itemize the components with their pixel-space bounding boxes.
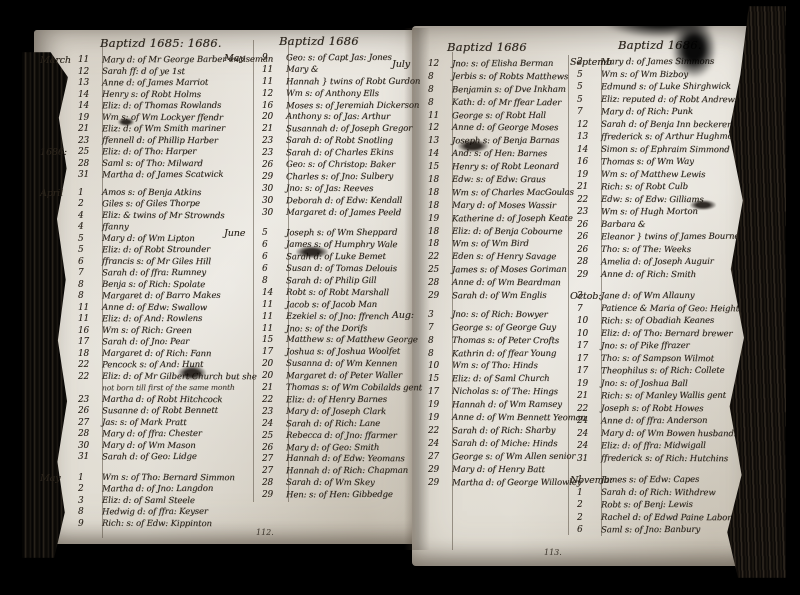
entry-date: 30: [260, 184, 286, 196]
entry-date: 11: [426, 111, 452, 124]
month-spacer: [570, 304, 575, 317]
entry-date: 7: [575, 304, 601, 317]
entry-text: Eliz: d: of ffra: Midwigall: [601, 441, 745, 454]
entry-date: 22: [260, 395, 286, 407]
entry-text: Tho: s: of The: Weeks: [601, 244, 745, 257]
entry-date: 30: [260, 208, 286, 220]
entry-text: Thomas s: of Wm Way: [601, 157, 745, 170]
entry-date: 22: [575, 404, 601, 417]
register-entry: 23ffennell d: of Phillip Harber: [40, 136, 250, 148]
month-spacer: [570, 391, 575, 404]
month-spacer: [40, 496, 76, 508]
entry-date: 26: [76, 406, 102, 418]
entry-text: James s: of Edw: Capes: [601, 475, 745, 488]
entry-date: 10: [575, 316, 601, 329]
entry-date: [76, 383, 102, 395]
month-spacer: [392, 175, 426, 188]
month-spacer: [40, 280, 76, 292]
month-spacer: [40, 170, 76, 182]
month-spacer: [40, 101, 76, 113]
entry-text: Theophilus s: of Rich: Collete: [601, 366, 745, 379]
month-spacer: [392, 349, 426, 362]
entry-text: Jno: s: of Rich: Bowyer: [452, 310, 577, 323]
month-spacer: [570, 182, 575, 195]
entry-date: 5: [76, 234, 102, 246]
entry-date: 23: [260, 136, 286, 148]
month-spacer: [224, 443, 260, 455]
register-entry: 1686:25Eliz: d: of Tho: Harper: [40, 147, 250, 159]
month-spacer: [40, 452, 76, 464]
month-spacer: [392, 136, 426, 149]
month-label: March: [40, 55, 76, 67]
entry-date: 26: [575, 220, 601, 233]
entry-date: 22: [426, 252, 452, 265]
entry-date: 29: [260, 490, 286, 502]
month-spacer: [570, 379, 575, 392]
register-entry: 3Eliz: d: of Saml Steele: [40, 496, 250, 508]
register-entry: 30Mary d: of Wm Mason: [40, 441, 250, 453]
month-spacer: [392, 361, 426, 374]
register-entry: 18Eliz: d: of Benja Cobourne: [392, 227, 577, 240]
entry-date: 8: [426, 98, 452, 111]
entry-date: 14: [575, 145, 601, 158]
entry-date: 8: [426, 85, 452, 98]
register-entry: Octob:3Jane d: of Wm Allauny: [570, 291, 745, 304]
entry-date: 4: [76, 222, 102, 234]
entry-date: 9: [260, 53, 286, 65]
register-entry: 8Benjamin s: of Dve Inkham: [392, 85, 577, 98]
entry-date: 2: [575, 513, 601, 526]
entry-date: 25: [426, 265, 452, 278]
entry-date: 18: [426, 239, 452, 252]
entry-text: Eliz: d: of Benja Cobourne: [452, 226, 577, 239]
register-entry: 7Patience & Maria of Geo: Height: [570, 304, 745, 317]
entry-date: 19: [426, 400, 452, 413]
register-entry: 17Tho: s: of Sampson Wilmot: [570, 354, 745, 367]
entry-text: Edw: s: of Edw: Graus: [452, 175, 577, 188]
entry-date: 18: [426, 175, 452, 188]
month-label: Octob:: [570, 291, 575, 304]
entry-date: 11: [260, 65, 286, 77]
month-spacer: [570, 454, 575, 467]
entry-date: 5: [260, 228, 286, 240]
entry-date: 7: [426, 323, 452, 336]
month-spacer: [570, 132, 575, 145]
entry-date: 11: [260, 300, 286, 312]
entry-date: 19: [575, 170, 601, 183]
entry-date: 18: [426, 201, 452, 214]
month-spacer: [40, 257, 76, 269]
month-spacer: [224, 454, 260, 466]
month-spacer: [570, 195, 575, 208]
register-entry: 8Margaret d: of Barro Makes: [40, 291, 250, 303]
month-spacer: [570, 145, 575, 158]
entry-text: ffrederick s: of Rich: Hutchins: [601, 453, 745, 466]
month-spacer: [40, 199, 76, 211]
register-entry: 6ffrancis s: of Mr Giles Hill: [40, 257, 250, 269]
month-spacer: [392, 387, 426, 400]
month-spacer: [570, 341, 575, 354]
entry-date: 10: [426, 361, 452, 374]
entry-text: Mary d: of Henry Batt: [452, 464, 577, 477]
register-entry: 14Simon s: of Ephraim Simmond: [570, 145, 745, 158]
month-spacer: [224, 312, 260, 324]
register-column-july-aug: Baptizd 1686 July12Jno: s: of Elisha Ber…: [392, 40, 577, 490]
register-entry: 29Anne d: of Rich: Smith: [570, 270, 745, 283]
scan-dark-blemish: [560, 0, 630, 16]
entry-date: 8: [76, 507, 102, 519]
entry-date: 31: [575, 454, 601, 467]
month-spacer: [224, 240, 260, 252]
month-spacer: [570, 157, 575, 170]
month-spacer: [40, 383, 76, 395]
entry-date: 22: [426, 426, 452, 439]
entry-text: Anne d: of Wm Bennett Yeoman: [452, 413, 586, 426]
month-spacer: [224, 300, 260, 312]
entry-date: 18: [426, 188, 452, 201]
register-entry: 10Wm s: of Tho: Hinds: [392, 361, 577, 374]
month-spacer: [392, 252, 426, 265]
month-spacer: [392, 227, 426, 240]
entry-date: 6: [260, 240, 286, 252]
entry-date: 28: [426, 278, 452, 291]
entry-date: 20: [260, 359, 286, 371]
entry-date: 18: [426, 227, 452, 240]
month-spacer: [40, 211, 76, 223]
month-spacer: [570, 525, 575, 538]
register-entry: 5Eliz: reputed d: of Robt Andrews: [570, 95, 745, 108]
entry-date: 17: [426, 387, 452, 400]
entry-date: 5: [76, 245, 102, 257]
register-entry: 27George s: of Wm Allen senior: [392, 452, 577, 465]
entry-date: 1: [575, 488, 601, 501]
register-entry: 14Henry s: of Robt Holms: [40, 90, 250, 102]
entry-date: 31: [76, 170, 102, 182]
month-spacer: [40, 67, 76, 79]
register-entry: 8Hedwig d: of ffra: Keyser: [40, 507, 250, 519]
register-entry: 18Margaret d: of Rich: Fann: [40, 349, 250, 361]
entry-date: 16: [260, 101, 286, 113]
entry-date: 17: [575, 366, 601, 379]
register-entry: 2Rachel d: of Edwd Paine Laborer: [570, 513, 745, 526]
month-spacer: [570, 416, 575, 429]
register-entry: 5Eliz: d: of Robt Strounder: [40, 245, 250, 257]
entry-date: 17: [575, 341, 601, 354]
entry-date: 10: [575, 329, 601, 342]
entry-date: 1: [76, 188, 102, 200]
entry-date: 15: [426, 374, 452, 387]
register-entry: 8Benja s: of Rich: Spolate: [40, 280, 250, 292]
register-entry: 16Thomas s: of Wm Way: [570, 157, 745, 170]
month-spacer: [224, 419, 260, 431]
register-entry: 28Mary d: of ffra: Chester: [40, 429, 250, 441]
entry-date: 6: [260, 252, 286, 264]
entry-date: 18: [76, 349, 102, 361]
register-entry: 17Theophilus s: of Rich: Collete: [570, 366, 745, 379]
month-spacer: [224, 252, 260, 264]
register-entry: 31ffrederick s: of Rich: Hutchins: [570, 454, 745, 467]
month-spacer: [570, 429, 575, 442]
entry-text: Sarah d: of Rich: Sharby: [452, 426, 577, 439]
month-label: Novemb:: [570, 475, 575, 488]
entry-text: Eliz: d: of Saml Church: [452, 374, 577, 387]
month-spacer: [392, 188, 426, 201]
entry-text: Simon s: of Ephraim Simmond: [601, 144, 745, 157]
entry-text: George s: of George Guy: [452, 323, 577, 336]
entry-text: Sarah d: of Benja Inn beckerer: [601, 119, 745, 132]
entry-date: 29: [575, 270, 601, 283]
register-entry: 29Hen: s: of Hen: Gibbedge: [224, 490, 429, 502]
entry-date: 8: [426, 72, 452, 85]
entry-date: 12: [426, 123, 452, 136]
month-spacer: [224, 347, 260, 359]
entry-date: 16: [76, 326, 102, 338]
month-spacer: [224, 112, 260, 124]
entry-text: Mary d: of Wm Bowen husbandman: [601, 428, 752, 441]
register-entry: Aug:3Jno: s: of Rich: Bowyer: [392, 310, 577, 323]
month-spacer: [40, 78, 76, 90]
register-entry: 5Mary d: of Wm Lipton: [40, 234, 250, 246]
month-spacer: [570, 257, 575, 270]
month-label: May: [40, 473, 76, 485]
register-entry: 24Mary d: of Wm Bowen husbandman: [570, 429, 745, 442]
entry-date: 20: [260, 112, 286, 124]
month-spacer: [570, 232, 575, 245]
entry-date: 7: [575, 107, 601, 120]
column-body: Septemb2Mary d: of James Simmons5Wm s: o…: [570, 57, 745, 538]
entry-text: Rich: s: of Manley Wallis gent: [601, 391, 745, 404]
month-spacer: [224, 407, 260, 419]
entry-date: 11: [260, 312, 286, 324]
entry-date: 7: [76, 268, 102, 280]
register-entry: 2Giles s: of Giles Thorpe: [40, 199, 250, 211]
month-spacer: [224, 395, 260, 407]
entry-text: Eliz: reputed d: of Robt Andrews: [601, 94, 745, 107]
entry-date: 30: [260, 196, 286, 208]
register-entry: 7Mary d: of Rich: Punk: [570, 107, 745, 120]
entry-date: 14: [76, 90, 102, 102]
entry-date: 23: [575, 207, 601, 220]
register-entry: 19Wm s: of Wm Lockyer ffendr: [40, 113, 250, 125]
entry-date: 17: [575, 354, 601, 367]
month-spacer: [570, 404, 575, 417]
entry-date: 27: [260, 454, 286, 466]
entry-text: Jno: s: of Elisha Berman: [452, 59, 577, 72]
entry-date: 25: [260, 431, 286, 443]
entry-text: Wm s: of Matthew Lewis: [601, 169, 745, 182]
entry-text: Sarah d: of Miche: Hinds: [452, 439, 577, 452]
entry-date: 14: [260, 288, 286, 300]
register-entry: 22Eden s: of Henry Savage: [392, 252, 577, 265]
month-spacer: [570, 207, 575, 220]
entry-text: Kathrin d: of ffear Young: [452, 348, 577, 361]
entry-date: 17: [76, 337, 102, 349]
month-spacer: [392, 214, 426, 227]
entry-date: 28: [575, 257, 601, 270]
entry-text: Edw: s: of Edw: Gilliams: [601, 194, 745, 207]
entry-text: Martha d: of George Willowley: [452, 477, 581, 490]
register-entry: 5Edmund s: of Luke Shirghwick: [570, 82, 745, 95]
register-entry: 26Tho: s: of The: Weeks: [570, 245, 745, 258]
entry-date: 14: [76, 101, 102, 113]
entry-date: 16: [575, 157, 601, 170]
entry-date: 11: [260, 324, 286, 336]
month-spacer: [392, 98, 426, 111]
month-spacer: [224, 371, 260, 383]
register-entry: 26Susanne d: of Robt Bennett: [40, 406, 250, 418]
month-spacer: [40, 337, 76, 349]
register-entry: 4ffanny: [40, 222, 250, 234]
page-number-right: 113.: [544, 548, 562, 557]
month-spacer: [392, 265, 426, 278]
month-spacer: [224, 184, 260, 196]
entry-date: 5: [575, 82, 601, 95]
register-entry: 24Eliz: d: of ffra: Midwigall: [570, 441, 745, 454]
register-scan: Baptizd 1685: 1686. March11Mary d: of Mr…: [0, 0, 800, 595]
month-spacer: [392, 111, 426, 124]
entry-date: 4: [76, 211, 102, 223]
month-label: Septemb: [570, 57, 575, 70]
entry-date: 6: [76, 257, 102, 269]
register-entry: 16Wm s: of Rich: Green: [40, 326, 250, 338]
entry-date: 23: [76, 395, 102, 407]
entry-text: Katherine d: of Joseph Keate: [452, 213, 577, 226]
month-spacer: [40, 519, 76, 531]
month-spacer: [392, 239, 426, 252]
register-entry: 29Mary d: of Henry Batt: [392, 465, 577, 478]
month-spacer: [224, 359, 260, 371]
register-entry: 11Eliz: d: of And: Rowlens: [40, 314, 250, 326]
entry-date: 20: [260, 371, 286, 383]
ink-blot: [690, 200, 716, 210]
entry-date: 27: [76, 418, 102, 430]
entry-date: 2: [76, 199, 102, 211]
month-spacer: [224, 77, 260, 89]
month-spacer: [392, 400, 426, 413]
ink-blot: [118, 118, 134, 126]
month-spacer: [224, 65, 260, 77]
register-entry: 12Sarah ff: d of ye 1st: [40, 67, 250, 79]
month-spacer: [570, 366, 575, 379]
entry-text: Kath: d: of Mr ffear Lader: [452, 97, 577, 110]
month-spacer: [392, 323, 426, 336]
entry-text: Mary d: of Moses Wassir: [452, 201, 577, 214]
month-spacer: [392, 465, 426, 478]
month-spacer: [570, 107, 575, 120]
entry-date: 5: [575, 95, 601, 108]
entry-text: Joseph s: of Robt Howes: [601, 403, 745, 416]
month-spacer: [570, 500, 575, 513]
entry-date: 28: [260, 478, 286, 490]
scan-dark-blemish: [672, 20, 716, 78]
month-spacer: [392, 278, 426, 291]
register-entry: July12Jno: s: of Elisha Berman: [392, 59, 577, 72]
entry-date: 29: [426, 465, 452, 478]
register-entry: 22Edw: s: of Edw: Gilliams: [570, 195, 745, 208]
month-spacer: [40, 441, 76, 453]
month-spacer: [224, 466, 260, 478]
month-spacer: [392, 452, 426, 465]
entry-date: 12: [260, 89, 286, 101]
entry-date: 26: [575, 245, 601, 258]
column-body: March11Mary d: of Mr George Barber excis…: [40, 55, 250, 530]
month-spacer: [224, 160, 260, 172]
month-spacer: [224, 89, 260, 101]
register-entry: 25James s: of Moses Goriman: [392, 265, 577, 278]
month-label: July: [392, 59, 426, 72]
entry-date: 2: [575, 500, 601, 513]
register-entry: 12Sarah d: of Benja Inn beckerer: [570, 120, 745, 133]
entry-text: Edmund s: of Luke Shirghwick: [601, 82, 745, 95]
register-entry: 7George s: of George Guy: [392, 323, 577, 336]
month-spacer: [392, 413, 426, 426]
register-entry: 22Sarah d: of Rich: Sharby: [392, 426, 577, 439]
ink-blot: [178, 366, 206, 380]
month-spacer: [40, 326, 76, 338]
month-spacer: [40, 124, 76, 136]
register-entry: 31Martha d: of James Scatwick: [40, 170, 250, 182]
entry-date: 8: [260, 276, 286, 288]
entry-date: 19: [575, 379, 601, 392]
month-spacer: [224, 196, 260, 208]
month-spacer: [40, 268, 76, 280]
month-spacer: [570, 220, 575, 233]
entry-text: Jno: s: of Joshua Ball: [601, 378, 745, 391]
register-entry: 21Eliz: d: of Wm Smith mariner: [40, 124, 250, 136]
month-spacer: [224, 136, 260, 148]
entry-date: 22: [76, 372, 102, 384]
month-spacer: [570, 513, 575, 526]
register-entry: 23Martha d: of Robt Hitchcock: [40, 395, 250, 407]
entry-text: Wm s: of Hugh Morton: [601, 207, 745, 220]
entry-text: Anne d: of Wm Beardman: [452, 278, 577, 291]
month-spacer: [392, 291, 426, 304]
month-spacer: [224, 490, 260, 502]
entry-text: Benjamin s: of Dve Inkham: [452, 85, 577, 98]
month-spacer: [224, 288, 260, 300]
month-spacer: [570, 329, 575, 342]
month-label: June: [224, 228, 260, 240]
month-spacer: [224, 276, 260, 288]
register-entry: 13Anne d: of James Marriot: [40, 78, 250, 90]
entry-text: Jerbis s: of Robts Matthews: [452, 72, 577, 85]
entry-date: 8: [426, 349, 452, 362]
entry-text: Barbara &: [601, 219, 745, 232]
entry-text: Patience & Maria of Geo: Height: [601, 303, 745, 316]
register-entry: 28Anne d: of Wm Beardman: [392, 278, 577, 291]
register-entry: 17Sarah d: of Jno: Pear: [40, 337, 250, 349]
entry-date: 23: [260, 407, 286, 419]
entry-date: 24: [575, 441, 601, 454]
register-entry: Septemb2Mary d: of James Simmons: [570, 57, 745, 70]
entry-date: 21: [260, 383, 286, 395]
month-spacer: [40, 159, 76, 171]
entry-date: 12: [575, 120, 601, 133]
register-entry: 12Anne d: of George Moses: [392, 123, 577, 136]
entry-text: Jno: s: of Pike ffrazer: [601, 341, 745, 354]
register-entry: 8Jerbis s: of Robts Matthews: [392, 72, 577, 85]
month-spacer: [392, 374, 426, 387]
register-entry: 1Sarah d: of Rich: Withdrew: [570, 488, 745, 501]
register-entry: 17Jno: s: of Pike ffrazer: [570, 341, 745, 354]
month-spacer: [224, 335, 260, 347]
month-label: Aug:: [392, 310, 426, 323]
entry-date: 22: [575, 195, 601, 208]
register-entry: 11George s: of Robt Hall: [392, 111, 577, 124]
register-entry: 27Jas: s: of Mark Pratt: [40, 418, 250, 430]
entry-date: 17: [260, 347, 286, 359]
month-label: 1686:: [40, 147, 76, 159]
